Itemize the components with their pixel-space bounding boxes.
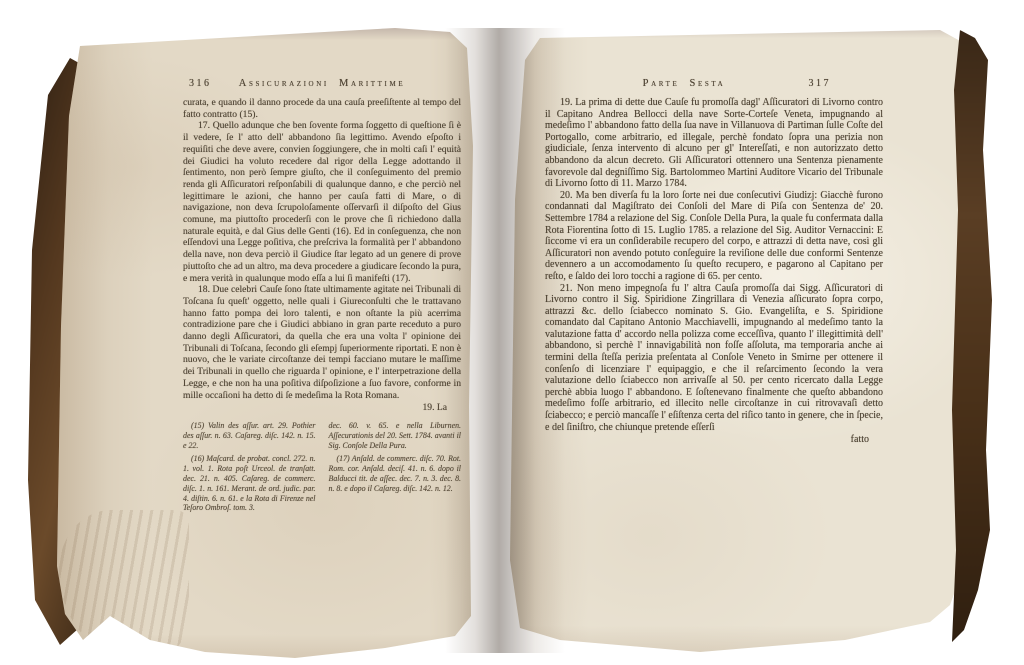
- right-page-text: Parte Sesta 317 19. La prima di dette du…: [545, 78, 883, 446]
- running-header-right: Parte Sesta: [545, 78, 823, 90]
- footnote-16-continued: dec. 60. v. 65. e nella Liburnen. Aſſecu…: [329, 421, 462, 450]
- footnote-column-2: dec. 60. v. 65. e nella Liburnen. Aſſecu…: [329, 421, 462, 517]
- paragraph-19: 19. La prima di dette due Cauſe fu promo…: [545, 97, 883, 190]
- paragraph-20: 20. Ma ben diverſa fu la loro ſorte nei …: [545, 190, 883, 283]
- footnote-16: (16) Maſcard. de probat. concl. 272. n. …: [183, 454, 316, 513]
- photo-background: 316 Assicurazioni Marittime curata, e qu…: [0, 0, 1024, 665]
- running-header-left: Assicurazioni Marittime: [183, 78, 461, 90]
- catchword-left: 19. La: [183, 402, 461, 414]
- paragraph-continuation: curata, e quando il danno procede da una…: [183, 97, 461, 120]
- left-page-text: 316 Assicurazioni Marittime curata, e qu…: [183, 78, 461, 517]
- page-number-right: 317: [809, 78, 832, 90]
- open-book: 316 Assicurazioni Marittime curata, e qu…: [25, 18, 1000, 660]
- paragraph-18: 18. Due celebri Cauſe ſono ſtate ultimam…: [183, 284, 461, 401]
- paragraph-17: 17. Quello adunque che ben ſovente forma…: [183, 120, 461, 284]
- footnote-column-1: (15) Valin des aſſur. art. 29. Pothier d…: [183, 421, 316, 517]
- right-page-header: Parte Sesta 317: [545, 78, 883, 92]
- left-page-header: 316 Assicurazioni Marittime: [183, 78, 461, 92]
- footnotes-left-page: (15) Valin des aſſur. art. 29. Pothier d…: [183, 421, 461, 517]
- footnote-17: (17) Anſald. de commerc. diſc. 70. Rot. …: [329, 454, 462, 493]
- paragraph-21: 21. Non meno impegnoſa fu l' altra Cauſa…: [545, 283, 883, 434]
- footnote-15: (15) Valin des aſſur. art. 29. Pothier d…: [183, 421, 316, 450]
- catchword-right: fatto: [545, 434, 883, 446]
- page-stack-curl: [59, 510, 189, 660]
- book-fore-edge: [950, 30, 1005, 645]
